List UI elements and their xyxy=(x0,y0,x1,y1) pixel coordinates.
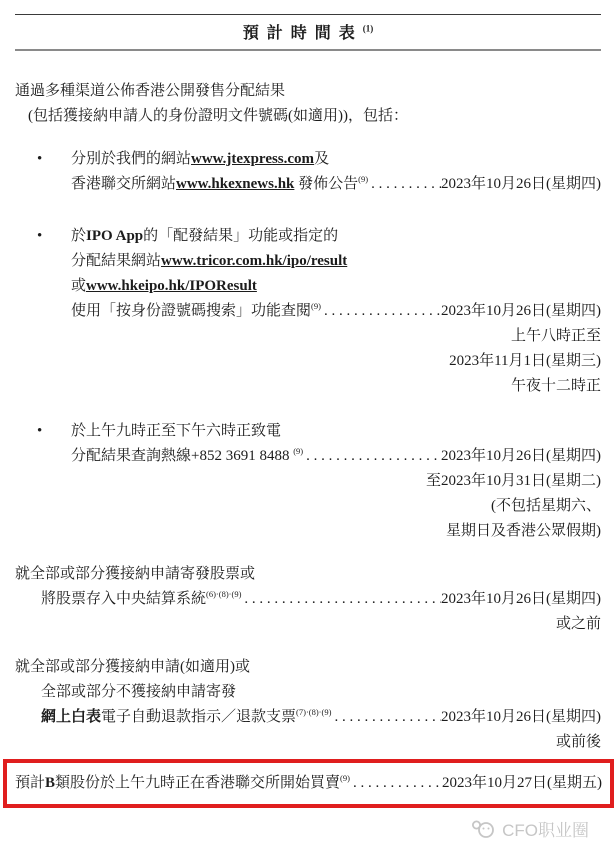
highlight-pre: 預計 xyxy=(15,775,45,791)
bullet2-date-2: 上午八時正至 xyxy=(71,324,601,349)
section2-line-1: 就全部或部分獲接納申請寄發股票或 xyxy=(15,562,601,587)
section3-date-2: 或前後 xyxy=(15,730,601,755)
dot-leader: . . . . . . . . . . . . . . . . . . . . … xyxy=(241,587,441,612)
page-title-text: 預計時間表 xyxy=(243,25,363,42)
section2-footnote-ref: (6)·(8)·(9) xyxy=(206,589,241,599)
bullet1-line2-left: 香港聯交所網站www.hkexnews.hk 發佈公告(9) xyxy=(71,172,368,197)
section2-line2-text: 將股票存入中央結算系統 xyxy=(41,591,206,607)
dot-leader: . . . . . . . . . . . . . . . . . . . . … xyxy=(350,771,442,796)
bullet2-line-2: 分配結果網站www.tricor.com.hk/ipo/result xyxy=(71,249,601,274)
bullet2-date-3: 2023年11月1日(星期三) xyxy=(71,349,601,374)
link-tricor[interactable]: www.tricor.com.hk/ipo/result xyxy=(161,253,347,269)
bullet1-date: 2023年10月26日(星期四) xyxy=(441,172,601,197)
bullet1-footnote-ref: (9) xyxy=(358,174,368,184)
bullet1-line2-pre: 香港聯交所網站 xyxy=(71,176,176,192)
highlight-left: 預計B類股份於上午九時正在香港聯交所開始買賣(9) xyxy=(15,771,350,796)
bullet2-footnote-ref: (9) xyxy=(311,301,321,311)
highlighted-dealing-row: 預計B類股份於上午九時正在香港聯交所開始買賣(9) . . . . . . . … xyxy=(3,759,614,808)
intro-line-1: 通過多種渠道公佈香港公開發售分配結果 xyxy=(15,79,601,104)
section2-date-1: 2023年10月26日(星期四) xyxy=(441,587,601,612)
section2-line-2: 將股票存入中央結算系統(6)·(8)·(9) . . . . . . . . .… xyxy=(15,587,601,612)
bullet2-line-3: 或www.hkeipo.hk/IPOResult xyxy=(71,274,601,299)
document-page: 預計時間表(1) 通過多種渠道公佈香港公開發售分配結果 (包括獲接納申請人的身份… xyxy=(0,0,616,841)
watermark-label: CFO职业圈 xyxy=(502,816,589,841)
watermark: CFO职业圈 xyxy=(15,816,601,841)
bullet3-line2-left: 分配結果查詢熱線+852 3691 8488 (9) xyxy=(71,444,303,469)
bullet1-line-1: 分別於我們的網站www.jtexpress.com及 xyxy=(71,147,601,172)
highlight-bold: B xyxy=(45,775,55,791)
bullet3-line2-text: 分配結果查詢熱線+852 3691 8488 xyxy=(71,448,293,464)
intro-line-2: (包括獲接納申請人的身份證明文件號碼(如適用))，包括： xyxy=(15,104,601,129)
highlight-text: 類股份於上午九時正在香港聯交所開始買賣 xyxy=(55,775,340,791)
bullet2-line4-left: 使用「按身份證號碼搜索」功能查閱(9) xyxy=(71,299,321,324)
bullet2-line4-text: 使用「按身份證號碼搜索」功能查閱 xyxy=(71,303,311,319)
bullet-icon: • xyxy=(37,419,42,444)
section2-line2-left: 將股票存入中央結算系統(6)·(8)·(9) xyxy=(41,587,241,612)
bullet1-line1-pre: 分別於我們的網站 xyxy=(71,151,191,167)
bullet1-line-2: 香港聯交所網站www.hkexnews.hk 發佈公告(9) . . . . .… xyxy=(71,172,601,197)
bullet2-line2-pre: 分配結果網站 xyxy=(71,253,161,269)
bullet-item-ipo-app: • 於IPO App的「配發結果」功能或指定的 分配結果網站www.tricor… xyxy=(15,224,601,399)
page-title: 預計時間表(1) xyxy=(15,14,601,51)
bullet2-date-4: 午夜十二時正 xyxy=(71,374,601,399)
bullet-item-hotline: • 於上午九時正至下午六時正致電 分配結果查詢熱線+852 3691 8488 … xyxy=(15,419,601,544)
bullet1-line2-post: 發佈公告 xyxy=(294,176,358,192)
bullet2-line3-pre: 或 xyxy=(71,278,86,294)
dot-leader: . . . . . . . . . . . . . . . . . . . . … xyxy=(303,444,441,469)
highlight-footnote-ref: (9) xyxy=(340,773,350,783)
section-share-certificates: 就全部或部分獲接納申請寄發股票或 將股票存入中央結算系統(6)·(8)·(9) … xyxy=(15,562,601,637)
dot-leader: . . . . . . . . . . . . . . . . . . . . … xyxy=(321,299,441,324)
bullet2-line1-bold: IPO App xyxy=(86,228,143,244)
bullet3-line-2: 分配結果查詢熱線+852 3691 8488 (9) . . . . . . .… xyxy=(71,444,601,469)
bullet3-footnote-ref: (9) xyxy=(293,446,303,456)
bullet-icon: • xyxy=(37,147,42,172)
bullet1-line1-post: 及 xyxy=(314,151,329,167)
section3-date-1: 2023年10月26日(星期四) xyxy=(441,705,601,730)
section2-date-2: 或之前 xyxy=(15,612,601,637)
section3-line3-text: 電子自動退款指示／退款支票 xyxy=(101,709,296,725)
link-hkeipo[interactable]: www.hkeipo.hk/IPOResult xyxy=(86,278,257,294)
section3-line3-bold: 網上白表 xyxy=(41,709,101,725)
section3-footnote-ref: (7)·(8)·(9) xyxy=(296,707,331,717)
section-refunds: 就全部或部分獲接納申請(如適用)或 全部或部分不獲接納申請寄發 網上白表電子自動… xyxy=(15,655,601,755)
bullet2-line1-post: 的「配發結果」功能或指定的 xyxy=(143,228,338,244)
highlight-date: 2023年10月27日(星期五) xyxy=(442,771,602,796)
bullet-icon: • xyxy=(37,224,42,249)
bullet3-date-4: 星期日及香港公眾假期) xyxy=(71,519,601,544)
link-jtexpress[interactable]: www.jtexpress.com xyxy=(191,151,314,167)
intro-paragraph: 通過多種渠道公佈香港公開發售分配結果 (包括獲接納申請人的身份證明文件號碼(如適… xyxy=(15,79,601,129)
bullet2-date-1: 2023年10月26日(星期四) xyxy=(441,299,601,324)
dot-leader: . . . . . . . . . . . . . . . . . . . . … xyxy=(368,172,441,197)
bullet-item-announcement-websites: • 分別於我們的網站www.jtexpress.com及 香港聯交所網站www.… xyxy=(15,147,601,197)
bullet3-date-2: 至2023年10月31日(星期二) xyxy=(71,469,601,494)
highlight-line: 預計B類股份於上午九時正在香港聯交所開始買賣(9) . . . . . . . … xyxy=(15,771,602,796)
dot-leader: . . . . . . . . . . . . . . . . . . . . … xyxy=(331,705,441,730)
bullet3-date-1: 2023年10月26日(星期四) xyxy=(441,444,601,469)
bullet2-line-4: 使用「按身份證號碼搜索」功能查閱(9) . . . . . . . . . . … xyxy=(71,299,601,324)
page-title-footnote-ref: (1) xyxy=(363,24,374,34)
cfo-logo-icon xyxy=(470,818,496,840)
bullet2-line-1: 於IPO App的「配發結果」功能或指定的 xyxy=(71,224,601,249)
section3-line-1: 就全部或部分獲接納申請(如適用)或 xyxy=(15,655,601,680)
bullet3-line-1: 於上午九時正至下午六時正致電 xyxy=(71,419,601,444)
bullet3-date-3: (不包括星期六、 xyxy=(71,494,601,519)
section3-line-2: 全部或部分不獲接納申請寄發 xyxy=(15,680,601,705)
link-hkexnews[interactable]: www.hkexnews.hk xyxy=(176,176,294,192)
section3-line-3: 網上白表電子自動退款指示／退款支票(7)·(8)·(9) . . . . . .… xyxy=(15,705,601,730)
section3-line3-left: 網上白表電子自動退款指示／退款支票(7)·(8)·(9) xyxy=(41,705,331,730)
bullet2-line1-pre: 於 xyxy=(71,228,86,244)
